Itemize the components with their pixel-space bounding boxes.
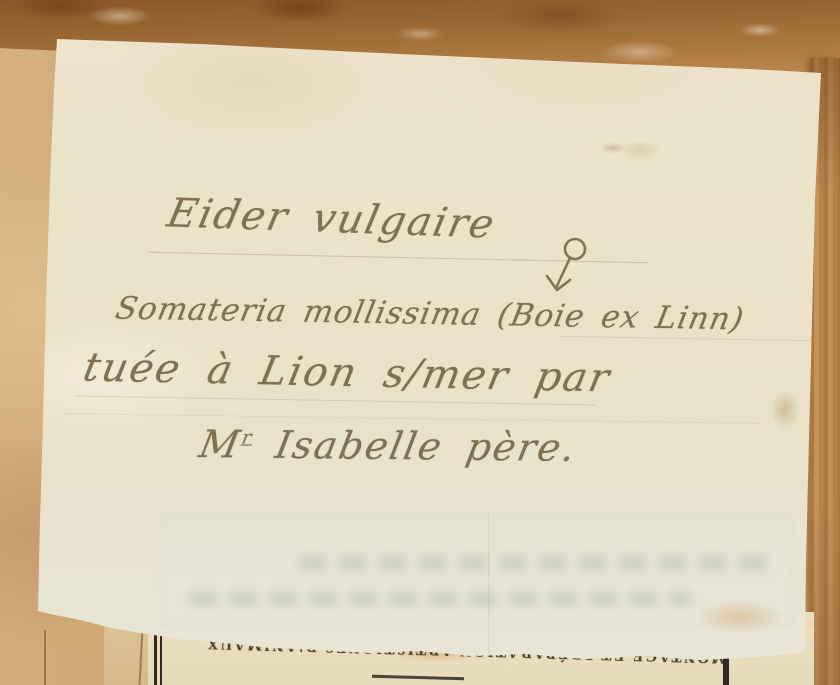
stain-spot xyxy=(770,390,800,430)
handwritten-label-paper: Eider vulgaire Somateria mollissima (Boi… xyxy=(0,0,840,685)
ghost-text-row xyxy=(190,592,690,606)
collector-name: Isabelle père. xyxy=(248,423,581,470)
printed-divider-rule xyxy=(372,675,464,680)
stain-spot xyxy=(695,600,785,634)
paper-crease-vertical xyxy=(488,510,489,655)
printed-border-bar-right xyxy=(723,656,729,685)
paper-crease xyxy=(560,336,810,341)
handwriting-line-scientific-name: Somateria mollissima (Boie ex Linn) xyxy=(113,291,748,338)
paper-crease xyxy=(60,413,760,424)
photo-backing-board: MONTAGE ET PRÉPARATION ARTISTIQUES D'ANI… xyxy=(0,0,840,685)
ghost-text-row xyxy=(300,556,780,570)
stain-spot xyxy=(600,142,626,154)
collector-title: M xyxy=(196,422,245,466)
printed-frame-line-left xyxy=(44,630,46,685)
handwriting-line-locality: tuée à Lion s/mer par xyxy=(80,345,615,402)
handwriting-line-species-common-name: Eider vulgaire xyxy=(163,190,500,247)
handwriting-line-collector: Mr Isabelle père. xyxy=(196,422,581,470)
